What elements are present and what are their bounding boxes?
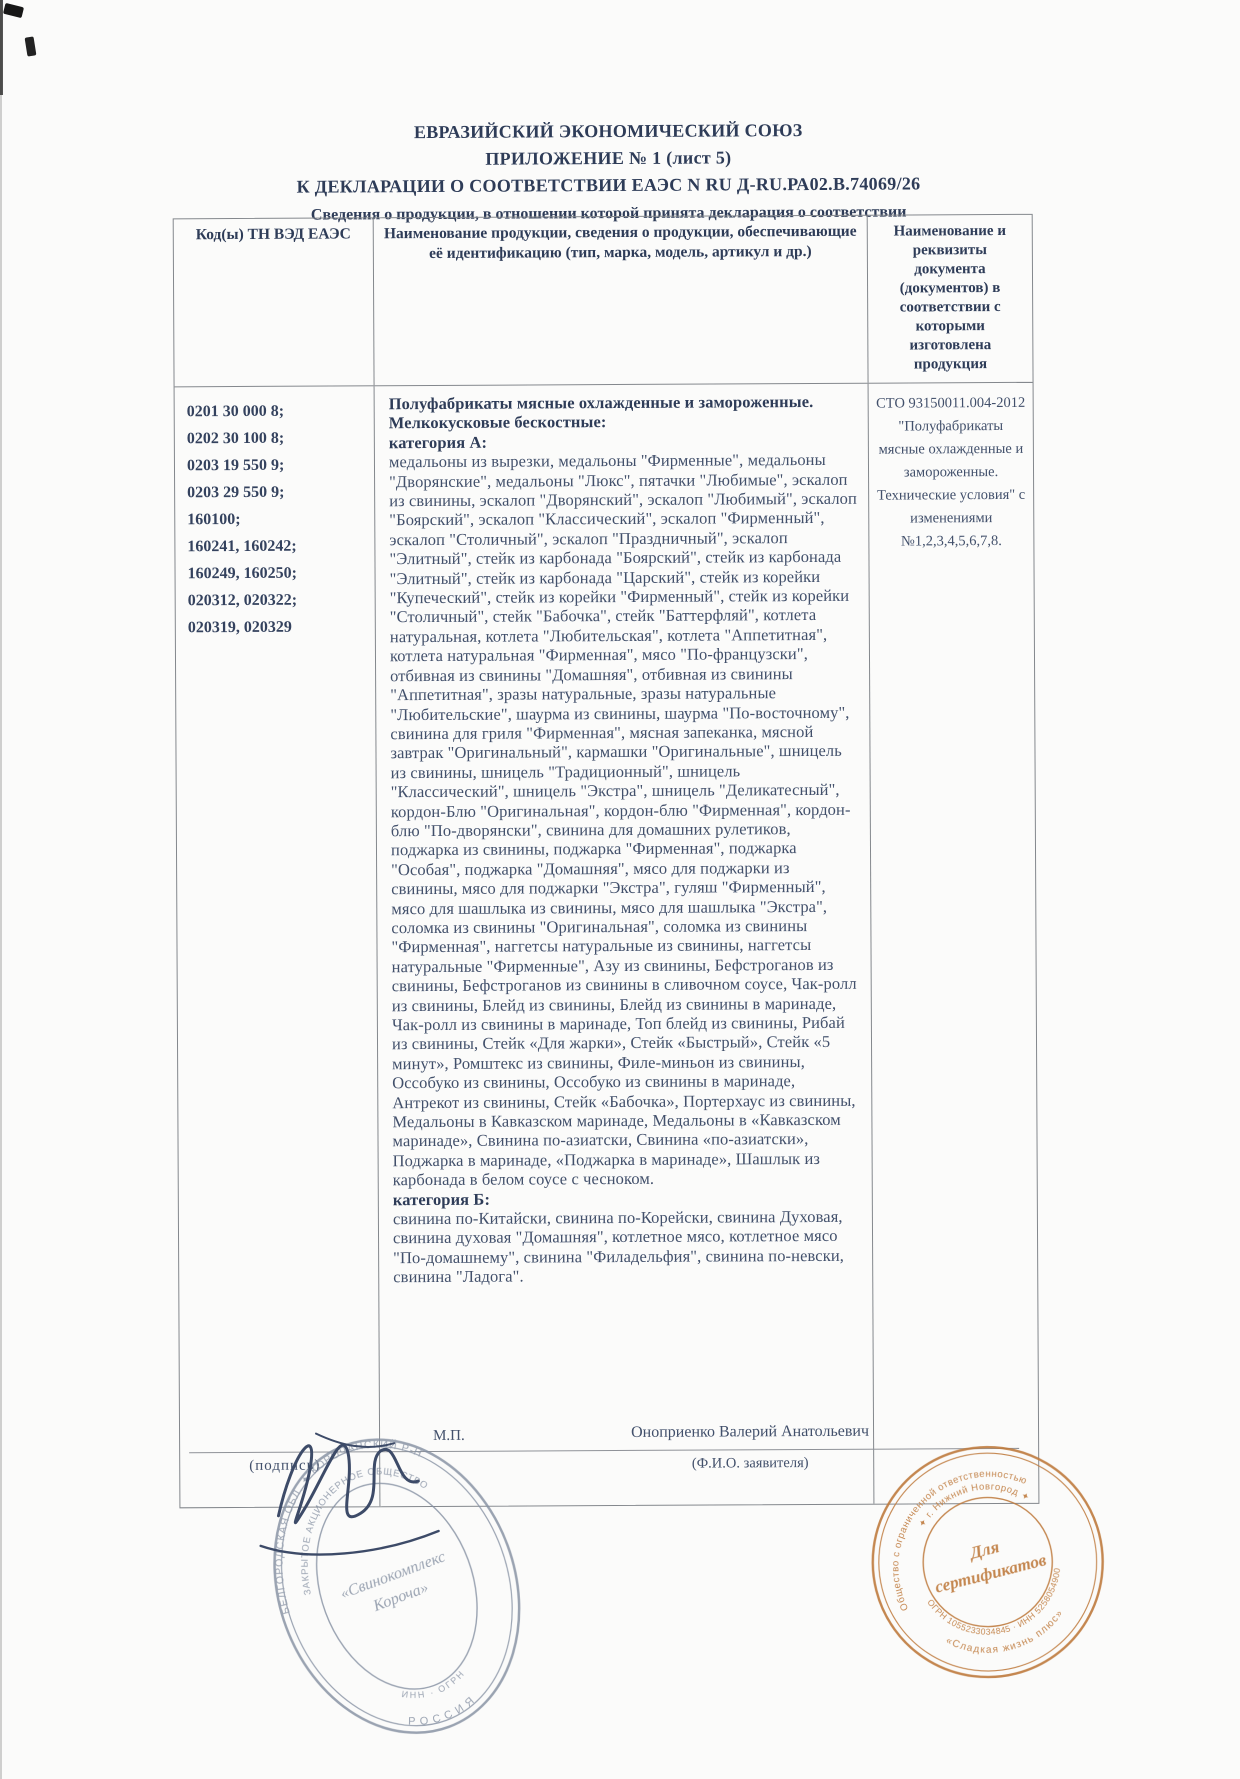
product-title-line1: Полуфабрикаты мясные охлажденные и замор… (389, 392, 858, 414)
seal-left-numbers-text: ИНН · ОГРН (398, 1666, 470, 1708)
document-header: ЕВРАЗИЙСКИЙ ЭКОНОМИЧЕСКИЙ СОЮЗ ПРИЛОЖЕНИ… (0, 115, 1221, 229)
tnved-code: 160100; (187, 505, 368, 533)
tnved-code: 0201 30 000 8; (187, 397, 368, 425)
tnved-code: 020312, 020322; (188, 586, 369, 614)
seal-right-company-name-text: «Сладкая жизнь плюс» (942, 1606, 1072, 1669)
table-body-row: 0201 30 000 8; 0202 30 100 8; 0203 19 55… (175, 383, 1039, 1507)
standard-reference-cell: СТО 93150011.004-2012 "Полуфабрикаты мяс… (869, 383, 1039, 1504)
applicant-name: Оноприенко Валерий Анатольевич (555, 1422, 945, 1442)
scanned-declaration-page: ЕВРАЗИЙСКИЙ ЭКОНОМИЧЕСКИЙ СОЮЗ ПРИЛОЖЕНИ… (0, 0, 1240, 1779)
company-seal-right: Общество с ограниченной ответственностью… (866, 1440, 1109, 1683)
category-a-label: категория А: (389, 431, 858, 453)
product-description-cell: Полуфабрикаты мясные охлажденные и замор… (375, 384, 875, 1507)
category-b-label: категория Б: (393, 1187, 862, 1209)
category-b-text: свинина по-Китайски, свинина по-Корейски… (393, 1207, 862, 1287)
declaration-number: К ДЕКЛАРАЦИИ О СООТВЕТСТВИИ ЕАЭС N RU Д-… (0, 169, 1221, 202)
handwritten-signature (246, 1393, 457, 1569)
tnved-code: 160249, 160250; (187, 559, 368, 587)
product-title-line2: Мелкокусковые бескостные: (389, 411, 858, 433)
tnved-codes-cell: 0201 30 000 8; 0202 30 100 8; 0203 19 55… (175, 386, 381, 1507)
column-header-product: Наименование продукции, сведения о проду… (374, 216, 869, 386)
seal-right-purpose-line1: Для (966, 1537, 1001, 1563)
tnved-code: 0202 30 100 8; (187, 424, 368, 452)
svg-text:«Сладкая жизнь плюс»: «Сладкая жизнь плюс» (942, 1606, 1072, 1669)
column-header-codes: Код(ы) ТН ВЭД ЕАЭС (174, 218, 375, 386)
column-header-document: Наименование и реквизиты документа (доку… (868, 215, 1033, 383)
svg-text:ИНН · ОГРН: ИНН · ОГРН (398, 1666, 470, 1708)
product-table: Код(ы) ТН ВЭД ЕАЭС Наименование продукци… (173, 214, 1040, 1508)
category-a-text: медальоны из вырезки, медальоны "Фирменн… (389, 450, 862, 1190)
tnved-code: 160241, 160242; (187, 532, 368, 560)
tnved-code: 0203 29 550 9; (187, 478, 368, 506)
tnved-code: 020319, 020329 (188, 613, 369, 641)
table-header-row: Код(ы) ТН ВЭД ЕАЭС Наименование продукци… (174, 215, 1033, 387)
tnved-code: 0203 19 550 9; (187, 451, 368, 479)
